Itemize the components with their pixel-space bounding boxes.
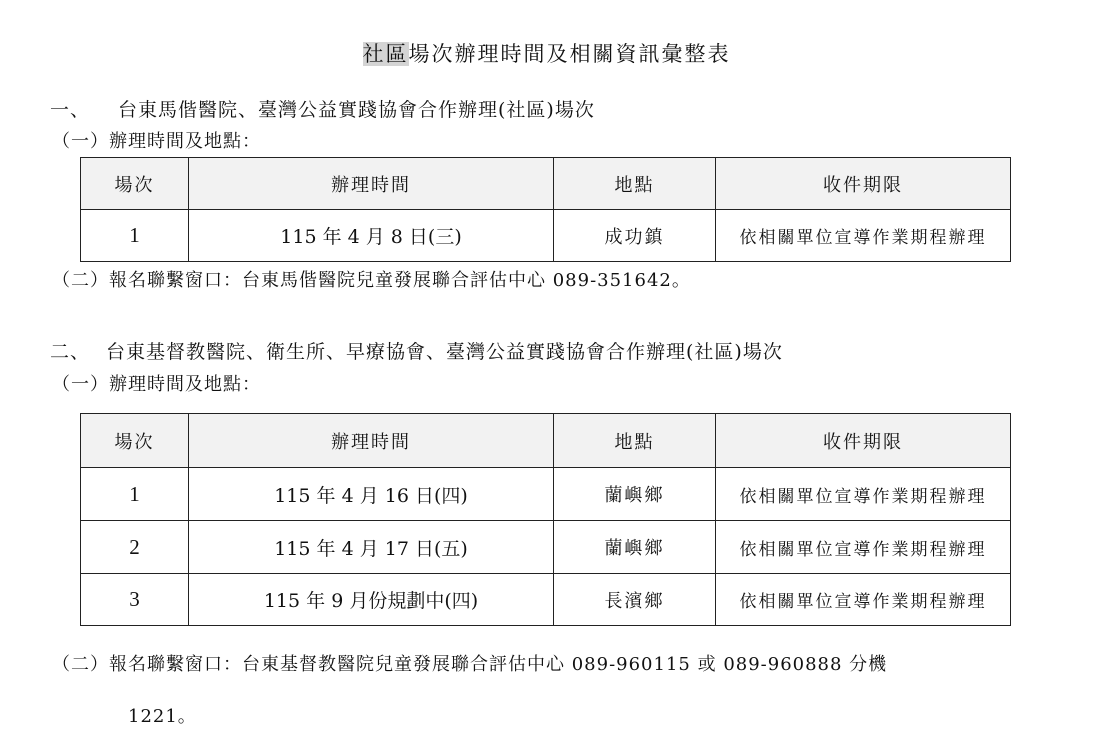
title-rest: 場次辦理時間及相關資訊彙整表 [409, 42, 731, 66]
session-deadline: 依相關單位宣導作業期程辦理 [716, 210, 1011, 262]
table-row: 1 115 年 4 月 8 日(三) 成功鎮 依相關單位宣導作業期程辦理 [81, 210, 1011, 262]
column-header: 場次 [81, 414, 189, 468]
section-2-sub-heading: （一）辦理時間及地點： [52, 370, 261, 396]
session-deadline: 依相關單位宣導作業期程辦理 [716, 521, 1011, 574]
section-1-number: 一、 [50, 95, 90, 122]
column-header: 地點 [554, 414, 716, 468]
session-deadline: 依相關單位宣導作業期程辦理 [716, 574, 1011, 626]
column-header: 地點 [554, 158, 716, 210]
section-2-table: 場次 辦理時間 地點 收件期限 1 115 年 4 月 16 日(四) 蘭嶼鄉 … [80, 413, 1011, 626]
section-2-contact-extension: 1221。 [128, 702, 197, 728]
session-location: 蘭嶼鄉 [554, 521, 716, 574]
section-2-number: 二、 [50, 337, 90, 364]
table-header-row: 場次 辦理時間 地點 收件期限 [81, 158, 1011, 210]
table-header-row: 場次 辦理時間 地點 收件期限 [81, 414, 1011, 468]
section-2-heading: 台東基督教醫院、衛生所、早療協會、臺灣公益實踐協會合作辦理(社區)場次 [106, 337, 783, 364]
session-date: 115 年 4 月 8 日(三) [189, 210, 554, 262]
session-date: 115 年 4 月 16 日(四) [189, 468, 554, 521]
section-1-heading: 台東馬偕醫院、臺灣公益實踐協會合作辦理(社區)場次 [118, 95, 595, 122]
session-location: 蘭嶼鄉 [554, 468, 716, 521]
session-number: 2 [81, 521, 189, 574]
section-1-contact: （二）報名聯繫窗口：台東馬偕醫院兒童發展聯合評估中心 089-351642。 [52, 266, 691, 292]
column-header: 收件期限 [716, 414, 1011, 468]
session-date: 115 年 4 月 17 日(五) [189, 521, 554, 574]
table-row: 3 115 年 9 月份規劃中(四) 長濱鄉 依相關單位宣導作業期程辦理 [81, 574, 1011, 626]
column-header: 場次 [81, 158, 189, 210]
session-number: 3 [81, 574, 189, 626]
page-title: 社區場次辦理時間及相關資訊彙整表 [0, 38, 1093, 68]
column-header: 收件期限 [716, 158, 1011, 210]
session-number: 1 [81, 468, 189, 521]
session-location: 長濱鄉 [554, 574, 716, 626]
session-location: 成功鎮 [554, 210, 716, 262]
section-1-table: 場次 辦理時間 地點 收件期限 1 115 年 4 月 8 日(三) 成功鎮 依… [80, 157, 1011, 262]
title-highlight: 社區 [363, 42, 409, 66]
section-1-sub-heading: （一）辦理時間及地點： [52, 127, 261, 153]
table-row: 2 115 年 4 月 17 日(五) 蘭嶼鄉 依相關單位宣導作業期程辦理 [81, 521, 1011, 574]
session-number: 1 [81, 210, 189, 262]
table-row: 1 115 年 4 月 16 日(四) 蘭嶼鄉 依相關單位宣導作業期程辦理 [81, 468, 1011, 521]
session-deadline: 依相關單位宣導作業期程辦理 [716, 468, 1011, 521]
section-2-contact: （二）報名聯繫窗口：台東基督教醫院兒童發展聯合評估中心 089-960115 或… [52, 650, 887, 676]
column-header: 辦理時間 [189, 414, 554, 468]
session-date: 115 年 9 月份規劃中(四) [189, 574, 554, 626]
column-header: 辦理時間 [189, 158, 554, 210]
